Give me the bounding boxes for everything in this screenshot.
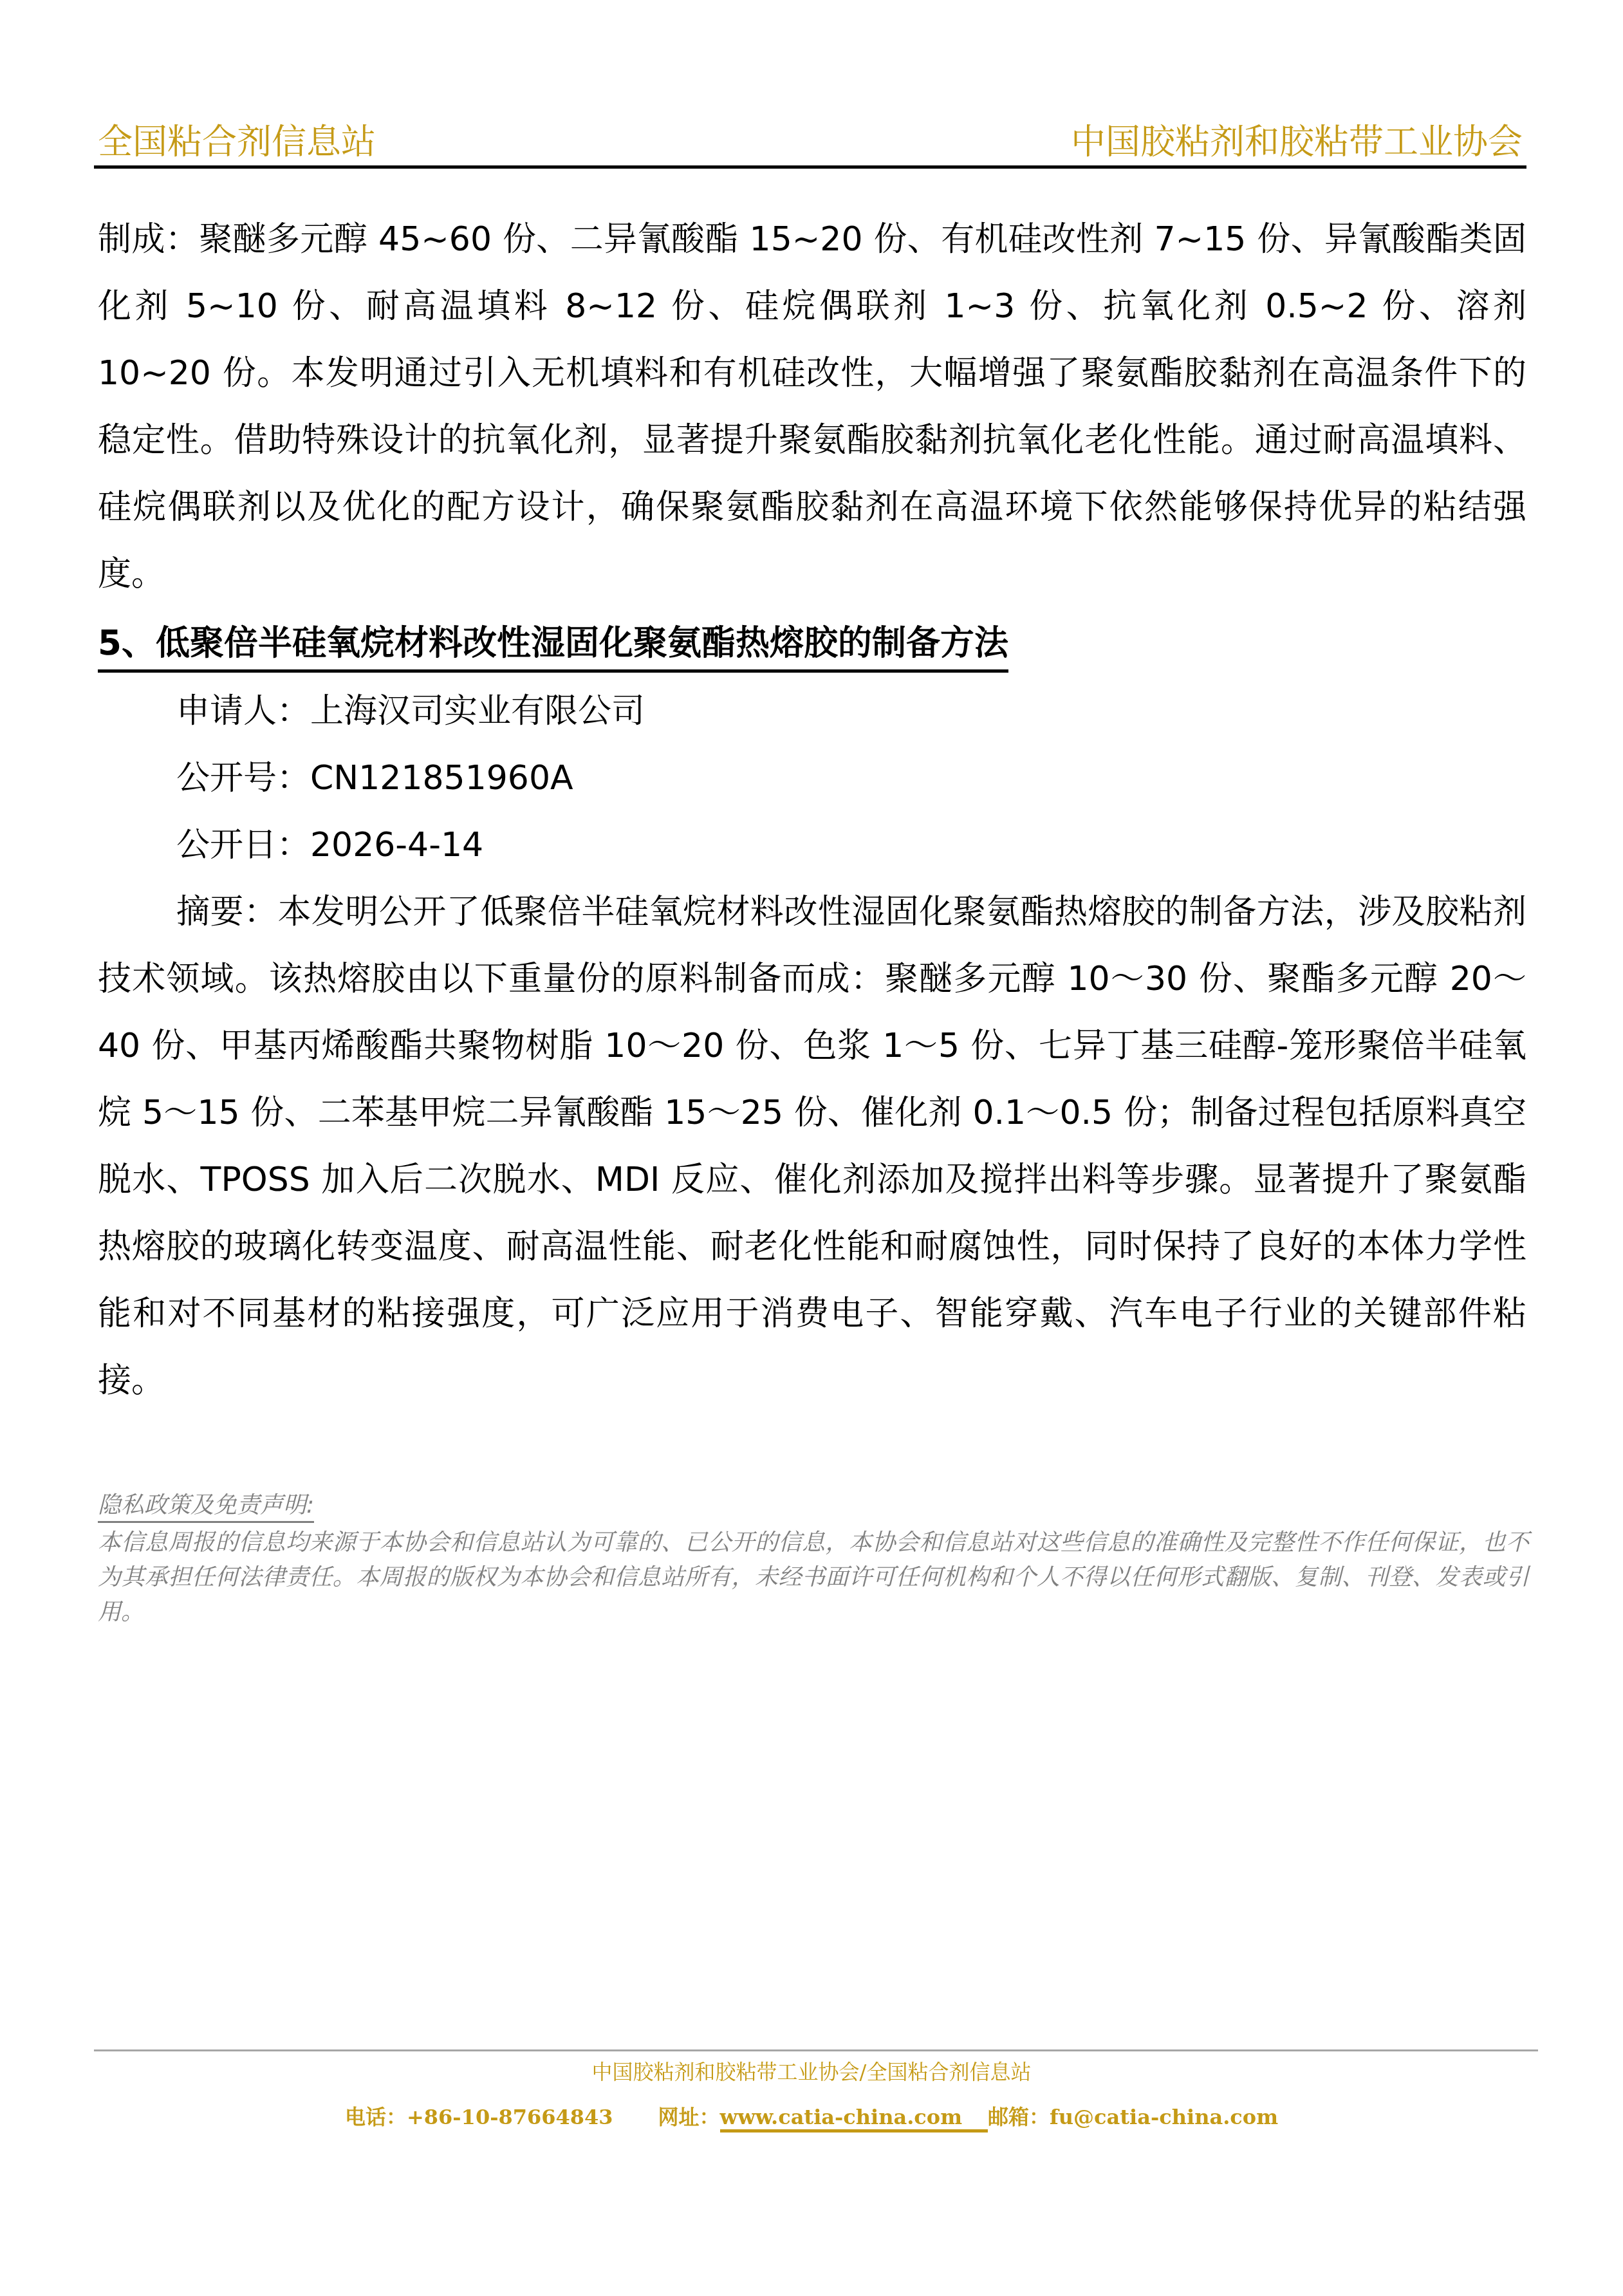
header-left-title: 全国粘合剂信息站 <box>98 119 376 165</box>
patent-section: 5、低聚倍半硅氧烷材料改性湿固化聚氨酯热熔胶的制备方法 申请人：上海汉司实业有限… <box>98 608 1526 1414</box>
footer-divider <box>94 2049 1538 2051</box>
header-divider <box>94 165 1526 169</box>
website-link[interactable]: www.catia-china.com <box>720 2105 988 2133</box>
footer-phone: 电话：+86-10-87664843 <box>345 2105 613 2129</box>
disclaimer-title: 隐私政策及免责声明: <box>98 1490 314 1523</box>
page-header: 全国粘合剂信息站 中国胶粘剂和胶粘带工业协会 <box>98 119 1523 165</box>
continued-paragraph: 制成：聚醚多元醇 45~60 份、二异氰酸酯 15~20 份、有机硅改性剂 7~… <box>98 206 1526 608</box>
footer-contact: 电话：+86-10-87664843网址：www.catia-china.com… <box>0 2102 1623 2133</box>
footer-website-label: 网址： <box>658 2105 720 2129</box>
footer-email: 邮箱：fu@catia-china.com <box>988 2105 1278 2129</box>
disclaimer-text: 本信息周报的信息均来源于本协会和信息站认为可靠的、已公开的信息，本协会和信息站对… <box>98 1526 1529 1630</box>
document-body: 制成：聚醚多元醇 45~60 份、二异氰酸酯 15~20 份、有机硅改性剂 7~… <box>98 206 1526 1414</box>
publication-number: 公开号：CN121851960A <box>98 745 1526 812</box>
abstract: 摘要：本发明公开了低聚倍半硅氧烷材料改性湿固化聚氨酯热熔胶的制备方法，涉及胶粘剂… <box>98 879 1526 1414</box>
disclaimer: 隐私政策及免责声明: 本信息周报的信息均来源于本协会和信息站认为可靠的、已公开的… <box>98 1490 1529 1630</box>
publication-date: 公开日：2026-4-14 <box>98 812 1526 879</box>
applicant: 申请人：上海汉司实业有限公司 <box>98 678 1526 745</box>
footer-org: 中国胶粘剂和胶粘带工业协会/全国粘合剂信息站 <box>0 2057 1623 2087</box>
header-right-title: 中国胶粘剂和胶粘带工业协会 <box>1071 119 1523 165</box>
section-title: 5、低聚倍半硅氧烷材料改性湿固化聚氨酯热熔胶的制备方法 <box>98 618 1008 673</box>
